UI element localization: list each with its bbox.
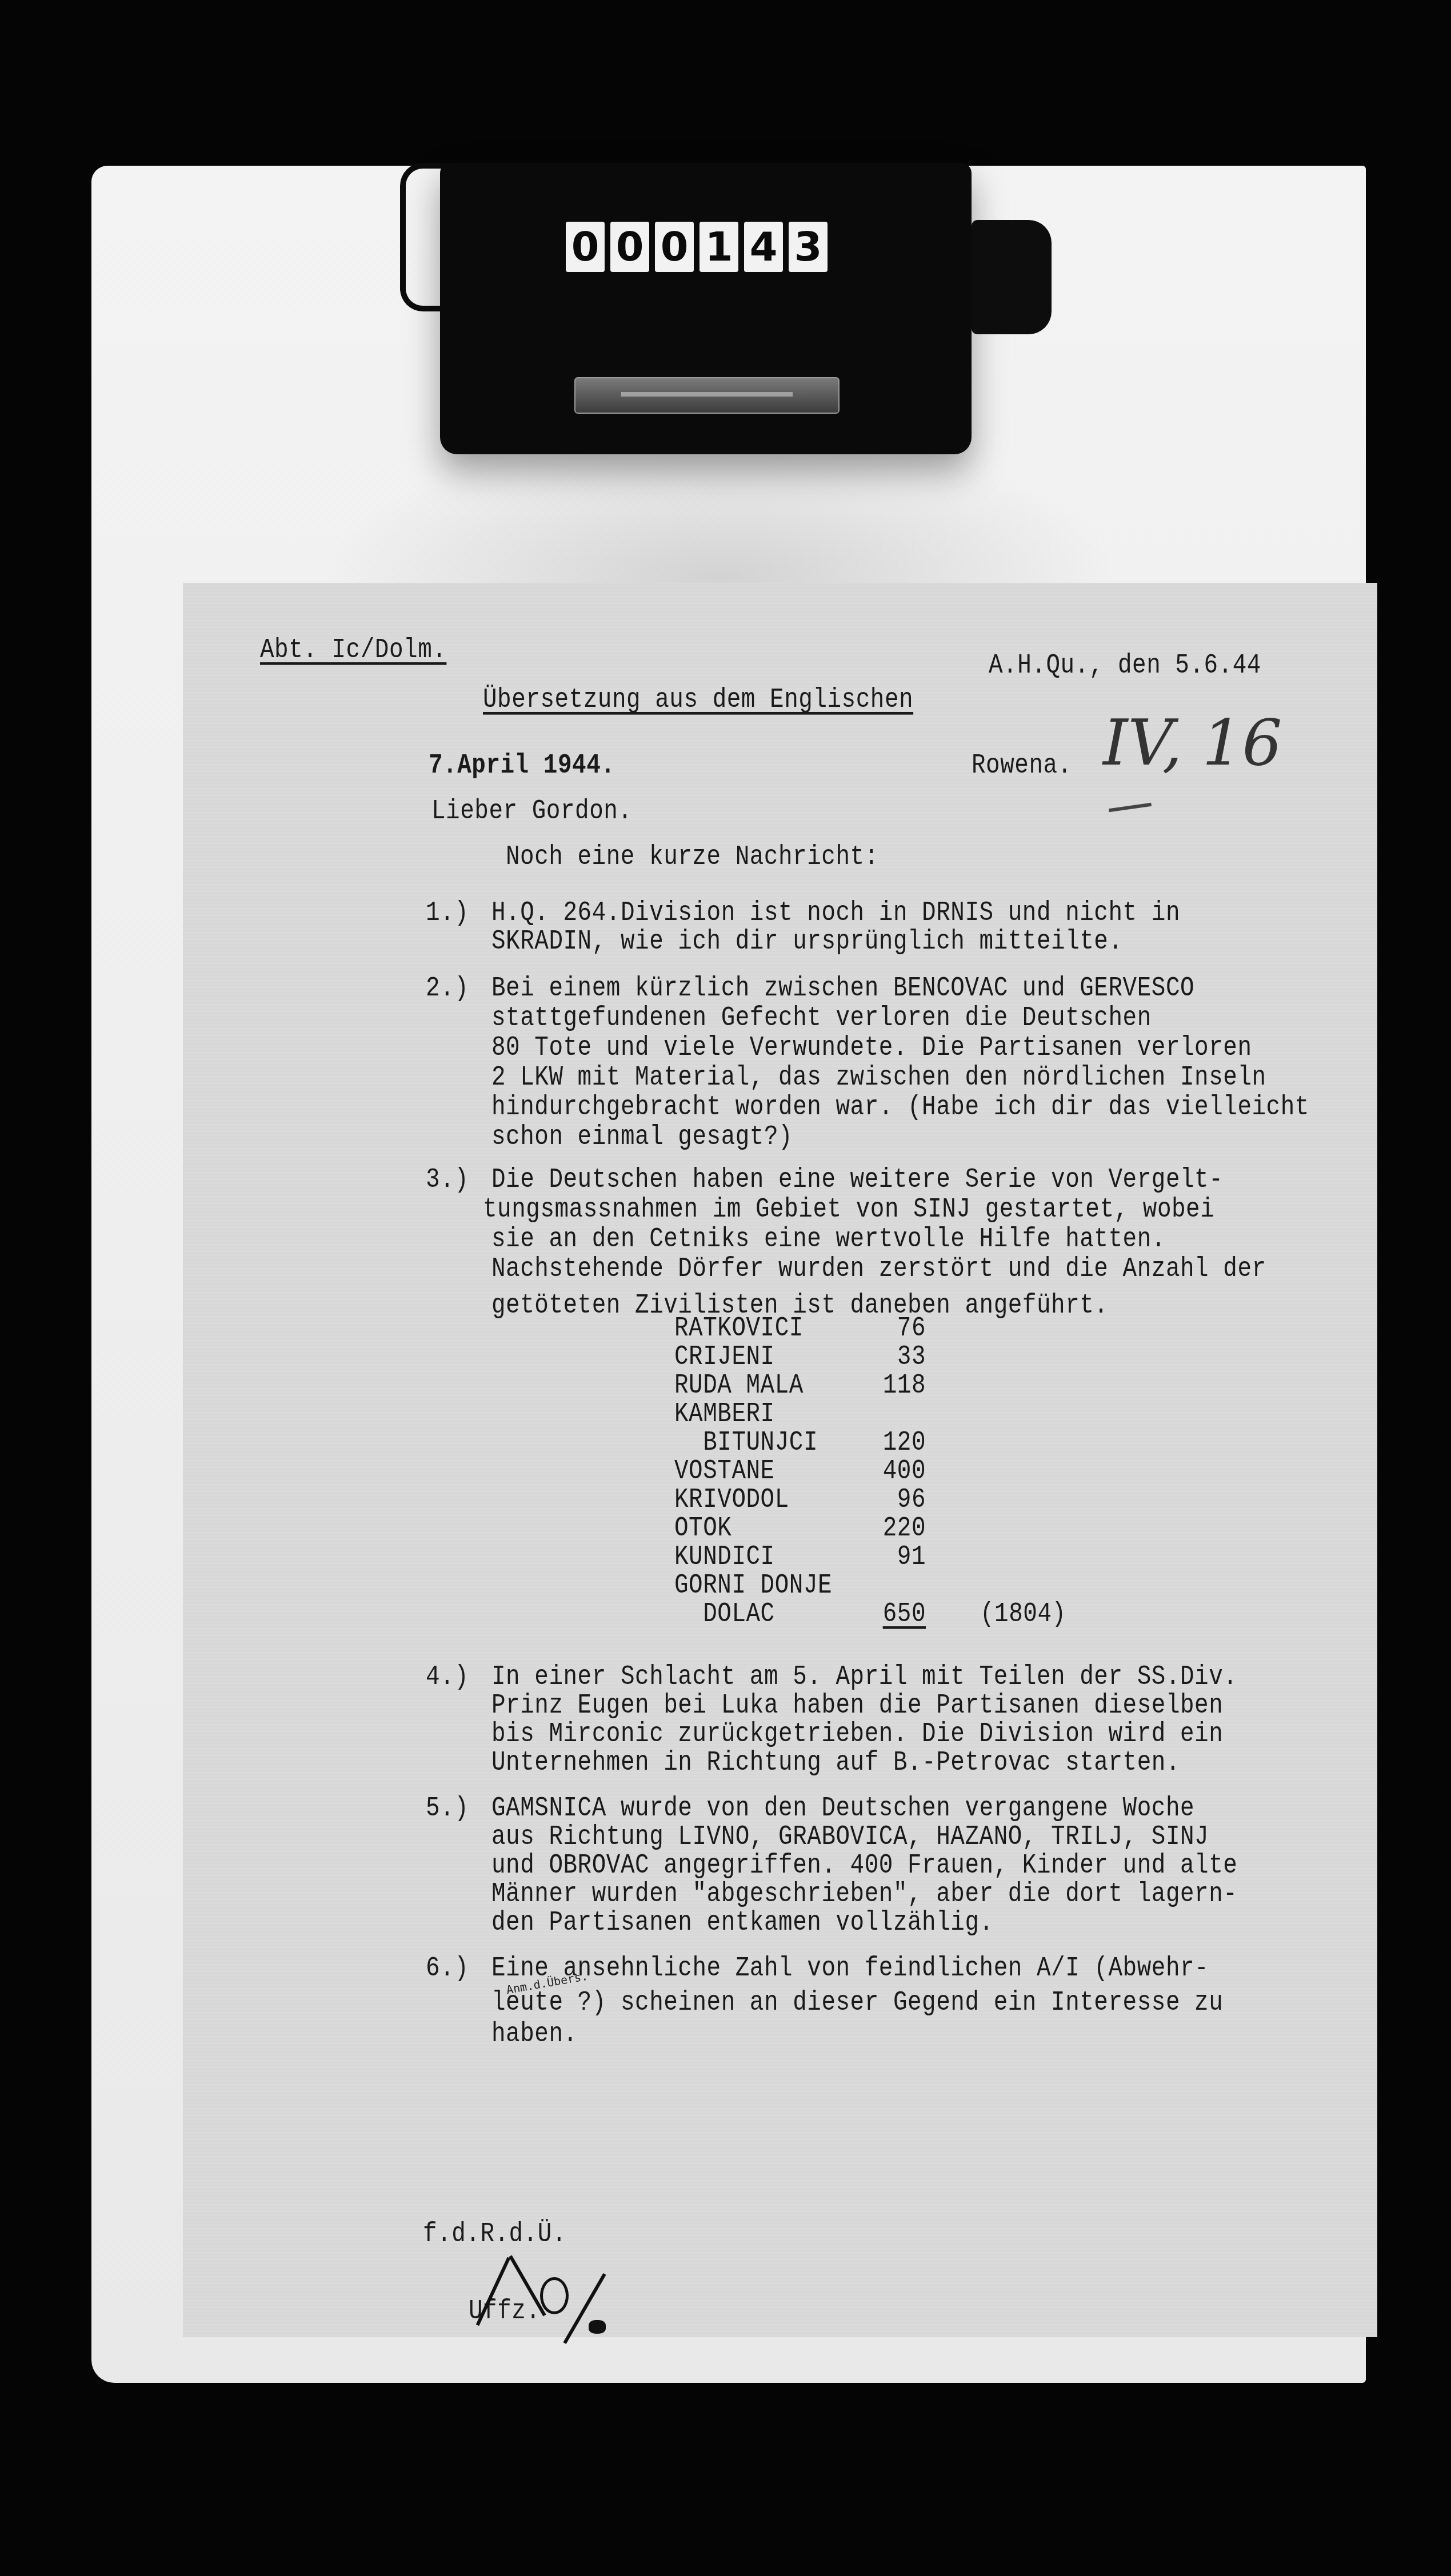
counter-knob bbox=[972, 220, 1052, 334]
item-line: Prinz Eugen bei Luka haben die Partisane… bbox=[491, 1691, 1223, 1721]
item-line: Eine ansehnliche Zahl von feindlichen A/… bbox=[491, 1954, 1209, 1983]
handwritten-initials bbox=[589, 2320, 606, 2334]
village-count: 76 bbox=[857, 1314, 926, 1343]
item-line: und OBROVAC angegriffen. 400 Frauen, Kin… bbox=[491, 1851, 1237, 1881]
village-name: KUNDICI bbox=[674, 1543, 775, 1572]
village-count: 650 bbox=[857, 1600, 926, 1629]
item-line: 2 LKW mit Material, das zwischen den nör… bbox=[491, 1063, 1266, 1093]
village-name: RATKOVICI bbox=[674, 1314, 804, 1343]
village-count: 118 bbox=[857, 1371, 926, 1401]
village-name: BITUNJCI bbox=[674, 1429, 818, 1458]
salutation: Lieber Gordon. bbox=[431, 797, 632, 826]
item-line: leute ?) scheinen an dieser Gegend ein I… bbox=[491, 1989, 1223, 2018]
item-line: stattgefundenen Gefecht verloren die Deu… bbox=[491, 1004, 1152, 1033]
village-name: KAMBERI bbox=[674, 1400, 775, 1429]
village-name: KRIVODOL bbox=[674, 1486, 789, 1515]
village-name: VOSTANE bbox=[674, 1457, 775, 1486]
document-title: Übersetzung aus dem Englischen bbox=[483, 686, 913, 715]
department-label: Abt. Ic/Dolm. bbox=[260, 636, 446, 665]
counter-digit: 3 bbox=[789, 222, 828, 272]
item-line: Die Deutschen haben eine weitere Serie v… bbox=[491, 1166, 1223, 1195]
letter-sender: Rowena. bbox=[972, 751, 1072, 781]
intro-line: Noch eine kurze Nachricht: bbox=[506, 843, 879, 872]
counter-digit: 0 bbox=[655, 222, 694, 272]
item-line: bis Mirconic zurückgetrieben. Die Divisi… bbox=[491, 1720, 1223, 1749]
frame-counter-digits: 0 0 0 1 4 3 bbox=[566, 222, 828, 272]
village-name: RUDA MALA bbox=[674, 1371, 804, 1401]
village-count: 91 bbox=[857, 1543, 926, 1572]
handwritten-reference: IV, 16 bbox=[1103, 711, 1282, 774]
item-line: Nachstehende Dörfer wurden zerstört und … bbox=[491, 1255, 1266, 1284]
village-count: 120 bbox=[857, 1429, 926, 1458]
handwritten-signature bbox=[540, 2277, 569, 2314]
item-number: 4.) bbox=[426, 1663, 469, 1692]
item-line: den Partisanen entkamen vollzählig. bbox=[491, 1909, 994, 1938]
item-line: schon einmal gesagt?) bbox=[491, 1123, 793, 1152]
counter-digit: 1 bbox=[699, 222, 738, 272]
item-number: 5.) bbox=[426, 1794, 469, 1823]
villages-total: (1804) bbox=[980, 1600, 1066, 1629]
item-line: haben. bbox=[491, 2020, 578, 2049]
village-name: CRIJENI bbox=[674, 1343, 775, 1372]
item-line: aus Richtung LIVNO, GRABOVICA, HAZANO, T… bbox=[491, 1823, 1209, 1852]
village-name: GORNI DONJE bbox=[674, 1571, 832, 1601]
letter-date: 7.April 1944. bbox=[429, 751, 615, 781]
village-count: 400 bbox=[857, 1457, 926, 1486]
item-line: Bei einem kürzlich zwischen BENCOVAC und… bbox=[491, 974, 1194, 1003]
place-date: A.H.Qu., den 5.6.44 bbox=[989, 651, 1261, 681]
item-line: Männer wurden "abgeschrieben", aber die … bbox=[491, 1880, 1237, 1909]
item-line: Unternehmen in Richtung auf B.-Petrovac … bbox=[491, 1749, 1180, 1778]
counter-digit: 0 bbox=[610, 222, 649, 272]
item-number: 2.) bbox=[426, 974, 469, 1003]
village-count: 33 bbox=[857, 1343, 926, 1372]
item-line: H.Q. 264.Division ist noch in DRNIS und … bbox=[491, 899, 1180, 928]
counter-nameplate bbox=[574, 377, 840, 414]
village-count: 96 bbox=[857, 1486, 926, 1515]
item-line: 80 Tote und viele Verwundete. Die Partis… bbox=[491, 1034, 1252, 1063]
item-line: hindurchgebracht worden war. (Habe ich d… bbox=[491, 1093, 1309, 1122]
counter-digit: 4 bbox=[744, 222, 783, 272]
counter-strap bbox=[400, 163, 446, 311]
item-line: sie an den Cetniks eine wertvolle Hilfe … bbox=[491, 1225, 1166, 1254]
item-line: In einer Schlacht am 5. April mit Teilen… bbox=[491, 1663, 1237, 1692]
signature-line-1: f.d.R.d.Ü. bbox=[423, 2220, 566, 2249]
item-line: GAMSNICA wurde von den Deutschen vergang… bbox=[491, 1794, 1194, 1823]
village-name: OTOK bbox=[674, 1514, 732, 1543]
counter-digit: 0 bbox=[566, 222, 605, 272]
item-line: SKRADIN, wie ich dir ursprünglich mittei… bbox=[491, 927, 1123, 957]
village-name: DOLAC bbox=[674, 1600, 775, 1629]
item-line: tungsmassnahmen im Gebiet von SINJ gesta… bbox=[483, 1195, 1214, 1225]
item-number: 1.) bbox=[426, 899, 469, 928]
village-count: 220 bbox=[857, 1514, 926, 1543]
item-number: 3.) bbox=[426, 1166, 469, 1195]
item-number: 6.) bbox=[426, 1954, 469, 1983]
